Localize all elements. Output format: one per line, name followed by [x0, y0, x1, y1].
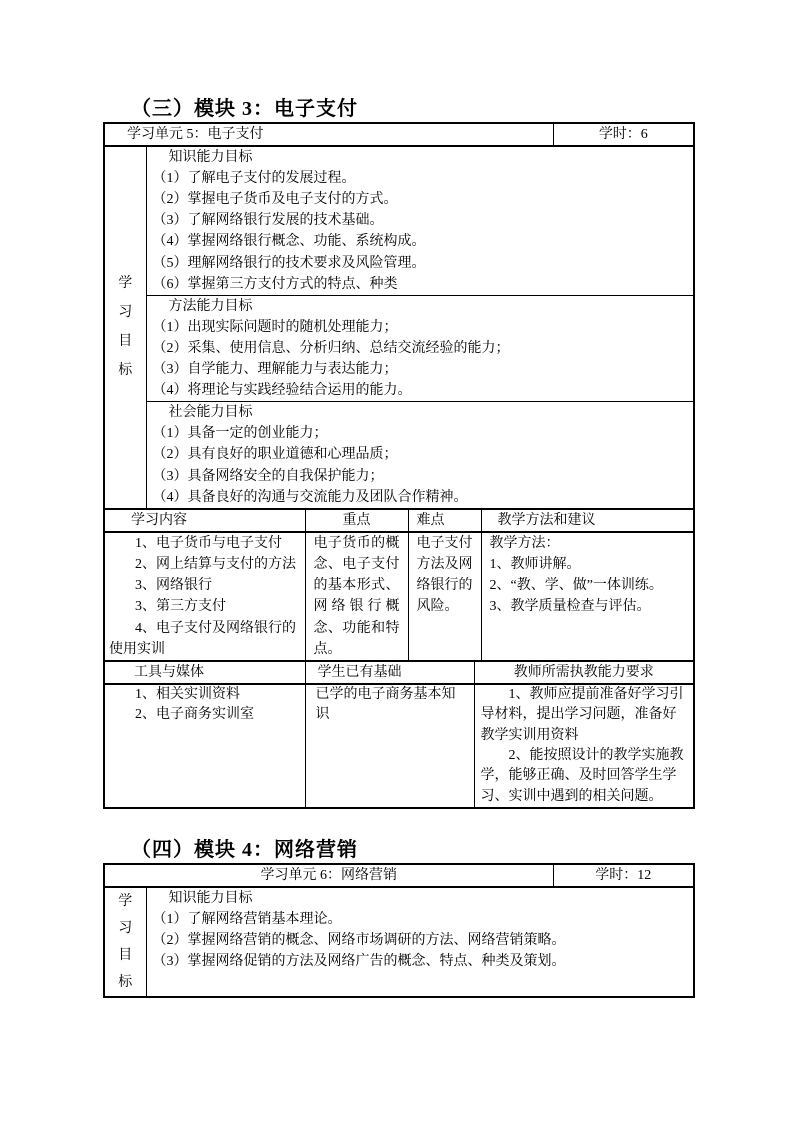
unit-header-row: 学习单元 5：电子支付 学时：6 — [104, 123, 694, 146]
social-goal-items: （1）具备一定的创业能力； （2）具有良好的职业道德和心理品质； （3）具备网络… — [153, 423, 686, 507]
module3-title: （三）模块 3：电子支付 — [131, 92, 358, 121]
goal-label-cell-2: 学习目标 — [104, 887, 146, 997]
goal-label-vertical-text-2: 学习目标 — [117, 888, 133, 996]
module4-table: 学习单元 6：网络营销 学时：12 学习目标 知识能力目标 （1）了解网络营销基… — [103, 863, 695, 998]
suggestion-line: 2、“教、学、做”一体训练。 — [490, 575, 690, 596]
goal-label-vertical-text: 学习目标 — [117, 269, 133, 385]
key-header-cell: 重点 — [305, 509, 408, 532]
method-goal-row: 方法能力目标 （1）出现实际问题时的随机处理能力； （2）采集、使用信息、分析归… — [104, 295, 694, 401]
basis-cell: 已学的电子商务基本知识 — [305, 684, 474, 808]
knowledge-goal-heading-2: 知识能力目标 — [153, 888, 686, 909]
hours-cell: 学时：6 — [553, 123, 694, 146]
suggestion-header-cell: 教学方法和建议 — [481, 509, 694, 532]
suggestion-line: 3、教学质量检查与评估。 — [490, 596, 690, 617]
tools-cell: 1、相关实训资料 2、电子商务实训室 — [104, 684, 305, 808]
content-item: 4、电子支付及网络银行的使用实训 — [109, 618, 303, 660]
mid-content-row: 1、电子货币与电子支付 2、网上结算与支付的方法 3、网络银行 3、第三方支付 … — [104, 532, 694, 661]
tools-item: 2、电子商务实训室 — [109, 705, 299, 725]
suggestion-line: 教学方法： — [490, 533, 690, 554]
content-header-cell: 学习内容 — [104, 509, 305, 532]
unit-header-row-2: 学习单元 6：网络营销 学时：12 — [104, 864, 694, 887]
method-goal-cell: 方法能力目标 （1）出现实际问题时的随机处理能力； （2）采集、使用信息、分析归… — [146, 295, 694, 401]
teacher-requirement-para: 1、教师应提前准备好学习引导材料，提出学习问题，准备好教学实训用资料 — [481, 685, 690, 746]
content-item: 2、网上结算与支付的方法 — [109, 554, 303, 575]
content-item: 1、电子货币与电子支付 — [109, 533, 303, 554]
content-item: 3、网络银行 — [109, 575, 303, 596]
knowledge-goal-items: （1）了解电子支付的发展过程。 （2）掌握电子货币及电子支付的方式。 （3）了解… — [153, 168, 686, 295]
method-goal-items: （1）出现实际问题时的随机处理能力； （2）采集、使用信息、分析归纳、总结交流经… — [153, 317, 686, 401]
teacher-requirements-cell: 1、教师应提前准备好学习引导材料，提出学习问题，准备好教学实训用资料 2、能按照… — [474, 684, 694, 808]
knowledge-goal-items-2: （1）了解网络营销基本理论。 （2）掌握网络营销的概念、网络市场调研的方法、网络… — [153, 909, 686, 972]
hours-cell-2: 学时：12 — [553, 864, 694, 887]
content-item: 3、第三方支付 — [109, 596, 303, 617]
unit-title-cell-2: 学习单元 6：网络营销 — [104, 864, 553, 887]
method-goal-heading: 方法能力目标 — [153, 296, 686, 317]
basis-header-cell: 学生已有基础 — [305, 661, 474, 684]
teacher-requirement-para: 2、能按照设计的教学实施教学，能够正确、及时回答学生学习、实训中遇到的相关问题。 — [481, 746, 690, 807]
suggestion-line: 1、教师讲解。 — [490, 554, 690, 575]
teacher-header-cell: 教师所需执教能力要求 — [474, 661, 694, 684]
difficulty-header-cell: 难点 — [408, 509, 481, 532]
goal-label-cell: 学习目标 — [104, 146, 146, 509]
module3-table: 学习单元 5：电子支付 学时：6 学习目标 知识能力目标 （1）了解电子支付的发… — [103, 122, 695, 809]
document-page: （三）模块 3：电子支付 学习单元 5：电子支付 学时：6 学习目标 知识能力目… — [0, 0, 793, 1122]
content-list-cell: 1、电子货币与电子支付 2、网上结算与支付的方法 3、网络银行 3、第三方支付 … — [104, 532, 305, 661]
knowledge-goal-row: 学习目标 知识能力目标 （1）了解电子支付的发展过程。 （2）掌握电子货币及电子… — [104, 146, 694, 295]
knowledge-goal-cell-2: 知识能力目标 （1）了解网络营销基本理论。 （2）掌握网络营销的概念、网络市场调… — [146, 887, 694, 997]
tools-item: 1、相关实训资料 — [109, 685, 299, 705]
bottom-content-row: 1、相关实训资料 2、电子商务实训室 已学的电子商务基本知识 1、教师应提前准备… — [104, 684, 694, 808]
social-goal-row: 社会能力目标 （1）具备一定的创业能力； （2）具有良好的职业道德和心理品质； … — [104, 402, 694, 509]
knowledge-goal-heading: 知识能力目标 — [153, 147, 686, 168]
knowledge-goal-row-2: 学习目标 知识能力目标 （1）了解网络营销基本理论。 （2）掌握网络营销的概念、… — [104, 887, 694, 997]
social-goal-cell: 社会能力目标 （1）具备一定的创业能力； （2）具有良好的职业道德和心理品质； … — [146, 402, 694, 509]
social-goal-heading: 社会能力目标 — [153, 402, 686, 423]
difficulty-cell: 电子支付方法及网络银行的风险。 — [408, 532, 481, 661]
knowledge-goal-cell: 知识能力目标 （1）了解电子支付的发展过程。 （2）掌握电子货币及电子支付的方式… — [146, 146, 694, 295]
bottom-header-row: 工具与媒体 学生已有基础 教师所需执教能力要求 — [104, 661, 694, 684]
key-points-cell: 电子货币的概念、电子支付的基本形式、网络银行概念、功能和特点。 — [305, 532, 408, 661]
mid-header-row: 学习内容 重点 难点 教学方法和建议 — [104, 509, 694, 532]
suggestion-cell: 教学方法： 1、教师讲解。 2、“教、学、做”一体训练。 3、教学质量检查与评估… — [481, 532, 694, 661]
module4-title: （四）模块 4：网络营销 — [131, 833, 358, 862]
tools-header-cell: 工具与媒体 — [104, 661, 305, 684]
unit-title-cell: 学习单元 5：电子支付 — [104, 123, 553, 146]
